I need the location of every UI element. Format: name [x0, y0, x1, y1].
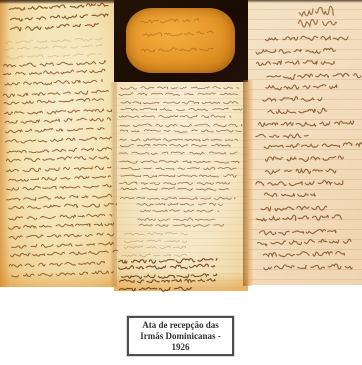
book-cover — [114, 0, 248, 82]
caption-box: Ata de recepção das Irmãs Dominicanas - … — [127, 316, 234, 356]
manuscript-page-signatures — [248, 0, 362, 285]
manuscript-page-middle — [114, 0, 248, 291]
book-cover-label — [126, 8, 235, 73]
manuscript-photo — [0, 0, 362, 292]
manuscript-page-left — [0, 0, 114, 287]
page: Ata de recepção das Irmãs Dominicanas - … — [0, 0, 362, 365]
page-crease-left-middle — [110, 82, 117, 287]
caption-line-3: 1926 — [172, 342, 190, 353]
caption-line-2: Irmãs Dominicanas - — [140, 331, 221, 342]
page-gutter-middle-right — [243, 80, 253, 286]
caption-line-1: Ata de recepção das — [142, 320, 219, 331]
